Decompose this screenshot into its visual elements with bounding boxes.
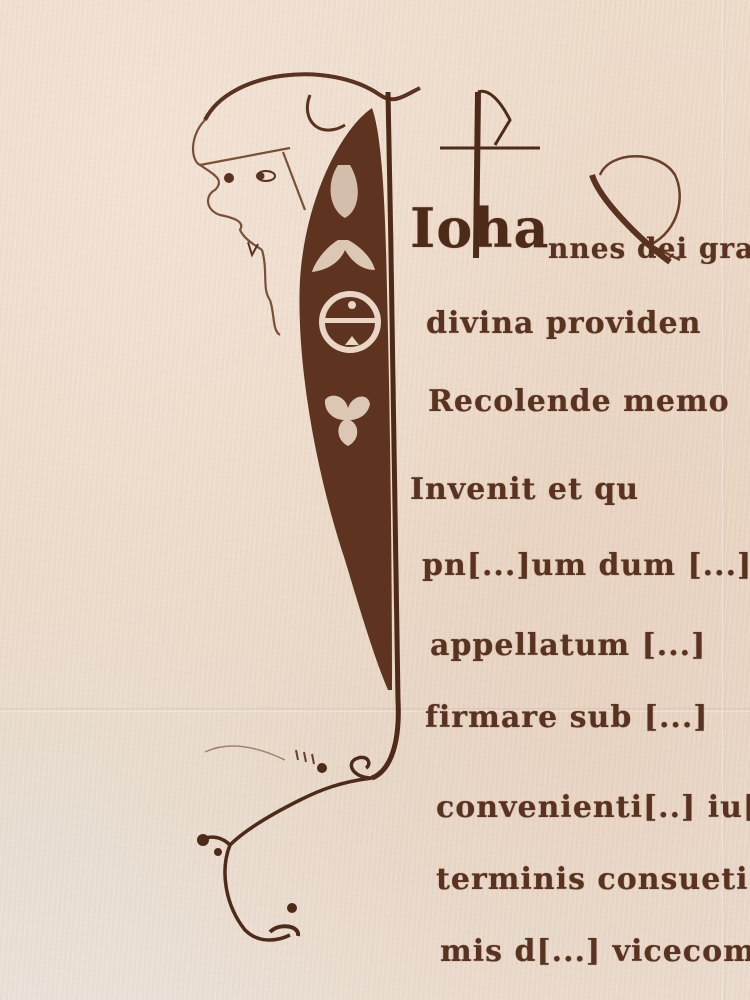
text-line-1: nnes dei gra — [548, 232, 750, 265]
text-line-10: mis d[...] vicecom — [440, 934, 750, 969]
text-line-8: convenienti[..] iu[...] — [436, 790, 750, 825]
text-line-2: divina providen — [426, 306, 701, 341]
text-line-7: firmare sub [...] — [425, 700, 708, 735]
initial-tail-flourish — [200, 757, 372, 940]
text-line-4: Invenit et qu — [410, 472, 639, 507]
text-line-3: Recolende memo — [428, 384, 730, 419]
text-line-9: terminis consueti — [436, 862, 749, 897]
text-line-opening: Ioha — [410, 196, 550, 260]
text-line-5: pn[...]um dum [...] — [422, 548, 750, 583]
grotesque-face-icon — [193, 120, 305, 335]
text-line-6: appellatum [...] — [430, 628, 706, 663]
